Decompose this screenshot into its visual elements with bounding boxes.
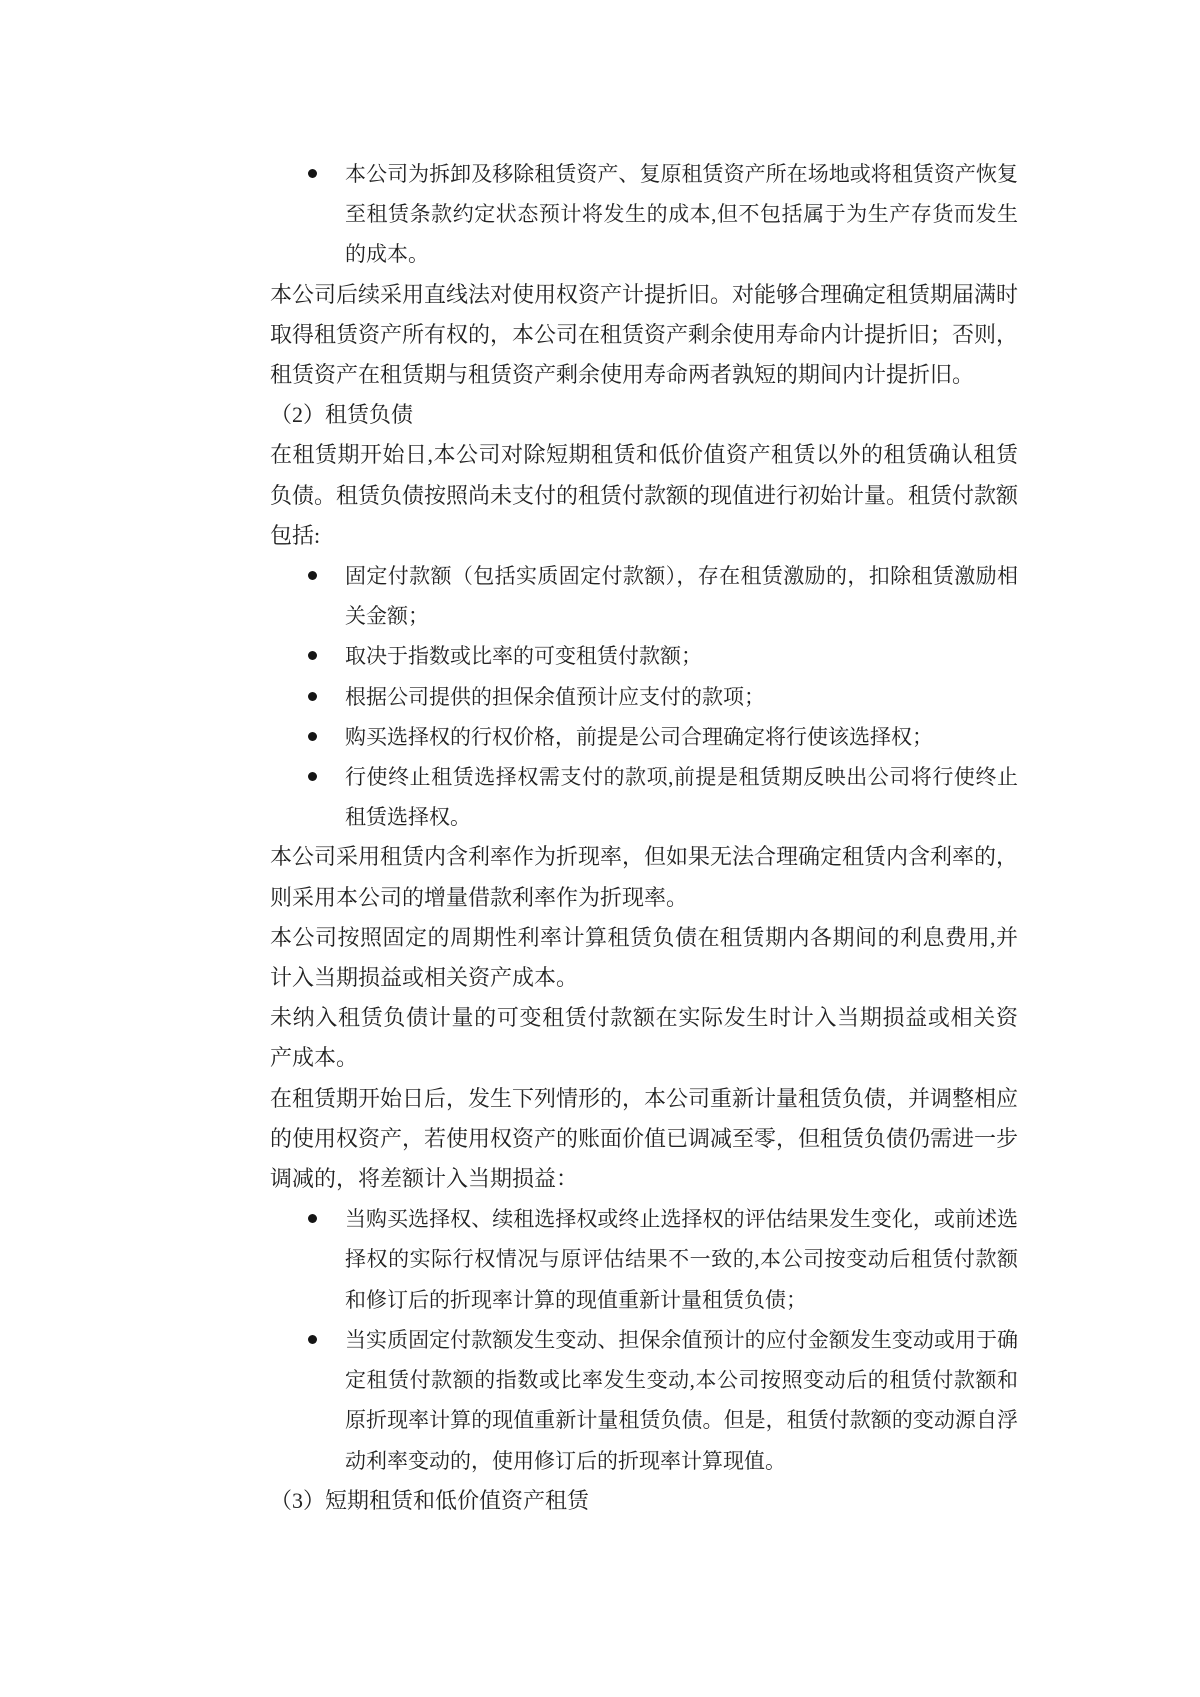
paragraph-block: 未纳入租赁负债计量的可变租赁付款额在实际发生时计入当期损益或相关资产成本。	[270, 998, 1018, 1078]
bullet-icon	[308, 732, 317, 741]
text-line: 根据公司提供的担保余值预计应支付的款项；	[345, 677, 1018, 717]
bullet-icon	[308, 772, 317, 781]
text-line: （2）租赁负债	[270, 395, 1018, 435]
paragraph-block: 在租赁期开始日后，发生下列情形的，本公司重新计量租赁负债，并调整相应的使用权资产…	[270, 1079, 1018, 1200]
bullet-block: 固定付款额（包括实质固定付款额），存在租赁激励的，扣除租赁激励相关金额；	[270, 556, 1018, 636]
heading-block: （3）短期租赁和低价值资产租赁	[270, 1481, 1018, 1521]
bullet-icon	[308, 1214, 317, 1223]
document-page: 本公司为拆卸及移除租赁资产、复原租赁资产所在场地或将租赁资产恢复至租赁条款约定状…	[0, 0, 1200, 1697]
text-line: 计入当期损益或相关资产成本。	[270, 958, 1018, 998]
text-line: 则采用本公司的增量借款利率作为折现率。	[270, 878, 1018, 918]
content-column: 本公司为拆卸及移除租赁资产、复原租赁资产所在场地或将租赁资产恢复至租赁条款约定状…	[270, 154, 1018, 1521]
text-line: 调减的，将差额计入当期损益：	[270, 1159, 1018, 1199]
bullet-block: 行使终止租赁选择权需支付的款项,前提是租赁期反映出公司将行使终止租赁选择权。	[270, 757, 1018, 837]
text-line: 当购买选择权、续租选择权或终止选择权的评估结果发生变化，或前述选	[345, 1199, 1018, 1239]
text-line: 关金额；	[345, 596, 1018, 636]
text-line: 取得租赁资产所有权的，本公司在租赁资产剩余使用寿命内计提折旧；否则，	[270, 315, 1018, 355]
text-line: 定租赁付款额的指数或比率发生变动,本公司按照变动后的租赁付款额和	[345, 1360, 1018, 1400]
bullet-icon	[308, 692, 317, 701]
text-line: 本公司采用租赁内含利率作为折现率，但如果无法合理确定租赁内含利率的，	[270, 837, 1018, 877]
paragraph-block: 本公司后续采用直线法对使用权资产计提折旧。对能够合理确定租赁期届满时取得租赁资产…	[270, 275, 1018, 396]
text-line: 和修订后的折现率计算的现值重新计量租赁负债；	[345, 1280, 1018, 1320]
text-line: 的使用权资产，若使用权资产的账面价值已调减至零，但租赁负债仍需进一步	[270, 1119, 1018, 1159]
text-line: 租赁资产在租赁期与租赁资产剩余使用寿命两者孰短的期间内计提折旧。	[270, 355, 1018, 395]
text-line: 租赁选择权。	[345, 797, 1018, 837]
text-line: 在租赁期开始日后，发生下列情形的，本公司重新计量租赁负债，并调整相应	[270, 1079, 1018, 1119]
bullet-block: 购买选择权的行权价格，前提是公司合理确定将行使该选择权；	[270, 717, 1018, 757]
text-line: 固定付款额（包括实质固定付款额），存在租赁激励的，扣除租赁激励相	[345, 556, 1018, 596]
text-line: 至租赁条款约定状态预计将发生的成本,但不包括属于为生产存货而发生	[345, 194, 1018, 234]
bullet-icon	[308, 169, 317, 178]
text-line: 产成本。	[270, 1038, 1018, 1078]
bullet-block: 当购买选择权、续租选择权或终止选择权的评估结果发生变化，或前述选择权的实际行权情…	[270, 1199, 1018, 1320]
paragraph-block: 本公司采用租赁内含利率作为折现率，但如果无法合理确定租赁内含利率的，则采用本公司…	[270, 837, 1018, 917]
bullet-icon	[308, 571, 317, 580]
text-line: 本公司后续采用直线法对使用权资产计提折旧。对能够合理确定租赁期届满时	[270, 275, 1018, 315]
text-line: 包括:	[270, 516, 1018, 556]
bullet-block: 当实质固定付款额发生变动、担保余值预计的应付金额发生变动或用于确定租赁付款额的指…	[270, 1320, 1018, 1481]
text-line: 购买选择权的行权价格，前提是公司合理确定将行使该选择权；	[345, 717, 1018, 757]
text-line: 行使终止租赁选择权需支付的款项,前提是租赁期反映出公司将行使终止	[345, 757, 1018, 797]
paragraph-block: 在租赁期开始日,本公司对除短期租赁和低价值资产租赁以外的租赁确认租赁负债。租赁负…	[270, 435, 1018, 556]
text-line: 本公司为拆卸及移除租赁资产、复原租赁资产所在场地或将租赁资产恢复	[345, 154, 1018, 194]
text-line: 未纳入租赁负债计量的可变租赁付款额在实际发生时计入当期损益或相关资	[270, 998, 1018, 1038]
text-line: 负债。租赁负债按照尚未支付的租赁付款额的现值进行初始计量。租赁付款额	[270, 476, 1018, 516]
paragraph-block: 本公司按照固定的周期性利率计算租赁负债在租赁期内各期间的利息费用,并计入当期损益…	[270, 918, 1018, 998]
bullet-icon	[308, 651, 317, 660]
bullet-block: 取决于指数或比率的可变租赁付款额；	[270, 636, 1018, 676]
text-line: 原折现率计算的现值重新计量租赁负债。但是，租赁付款额的变动源自浮	[345, 1400, 1018, 1440]
text-line: 本公司按照固定的周期性利率计算租赁负债在租赁期内各期间的利息费用,并	[270, 918, 1018, 958]
text-line: 取决于指数或比率的可变租赁付款额；	[345, 636, 1018, 676]
text-line: 动利率变动的，使用修订后的折现率计算现值。	[345, 1441, 1018, 1481]
text-line: 在租赁期开始日,本公司对除短期租赁和低价值资产租赁以外的租赁确认租赁	[270, 435, 1018, 475]
text-line: 当实质固定付款额发生变动、担保余值预计的应付金额发生变动或用于确	[345, 1320, 1018, 1360]
text-line: 的成本。	[345, 234, 1018, 274]
heading-block: （2）租赁负债	[270, 395, 1018, 435]
text-line: （3）短期租赁和低价值资产租赁	[270, 1481, 1018, 1521]
bullet-icon	[308, 1335, 317, 1344]
bullet-block: 根据公司提供的担保余值预计应支付的款项；	[270, 677, 1018, 717]
bullet-block: 本公司为拆卸及移除租赁资产、复原租赁资产所在场地或将租赁资产恢复至租赁条款约定状…	[270, 154, 1018, 275]
text-line: 择权的实际行权情况与原评估结果不一致的,本公司按变动后租赁付款额	[345, 1239, 1018, 1279]
